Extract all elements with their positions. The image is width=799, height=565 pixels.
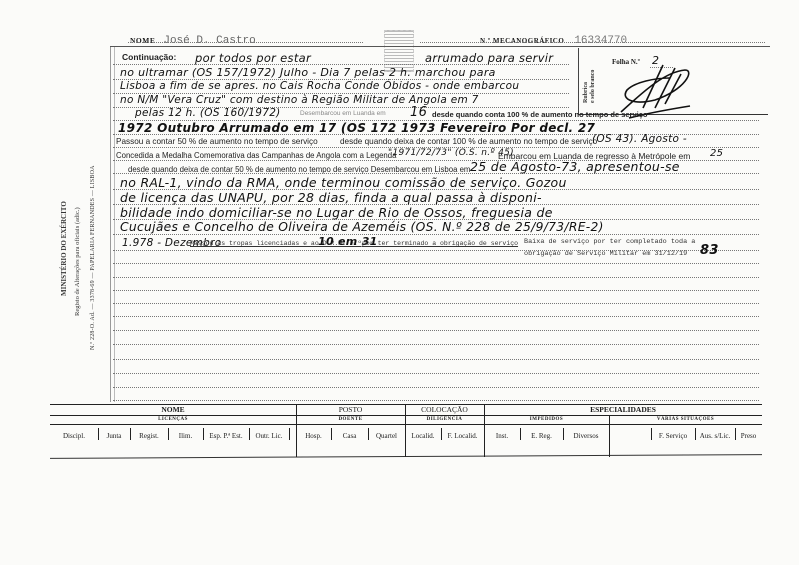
printed-text: Baixa de serviço por ter completado toda… [524,236,724,260]
status-table: NOME LICENÇAS POSTO DOENTE COLOCAÇÃO DIL… [50,404,762,458]
rule-line [113,344,759,345]
group-colocacao: COLOCAÇÃO [405,405,484,414]
printed-text: Passou a contar 50 % de aumento no tempo… [116,137,318,146]
printed-text: desde quando conta 100 % de aumento no t… [432,110,647,119]
printed-text: Desembarcou em Luanda em [300,110,386,117]
register-label: Registo de Alterações para oficiais (adi… [74,207,81,316]
group-diligencia: DILIGÊNCIA [405,417,484,422]
entry-text: por todos por estar [195,51,311,65]
entry-text: no ultramar (OS 157/1972) Julho - Dia 7 … [120,66,496,79]
column-preso: Preso [735,432,762,440]
rubric-label: Rubrica e selo branco [583,70,597,103]
column-inst: Inst. [484,432,520,440]
column-hosp: Hosp. [296,432,331,440]
printed-text: desde quando deixa de contar 50 % de aum… [128,165,470,174]
column-aus-lic: Aus. s/Lic. [695,432,735,440]
frame-top [110,46,770,47]
group-varias-situacoes: VÁRIAS SITUAÇÕES [609,417,762,422]
entry-text: 25 de Agosto-73, apresentou-se [470,159,680,174]
entry-text: bilidade indo domiciliar-se no Lugar de … [120,205,553,220]
printed-text: por ter terminado a obrigação de serviço [362,240,518,247]
rule-line [113,234,759,235]
column-localid: Localid. [405,432,441,440]
entry-text: Cucujães e Concelho de Oliveira de Azemé… [120,220,604,234]
printed-text: desde quando deixa de contar 100 % de au… [340,137,597,146]
entry-text: 16 [410,105,427,120]
name-label: NOME [130,36,155,45]
entry-text: 25 [710,148,723,159]
continuation-label: Continuação: [122,52,176,62]
rule-line [113,387,759,388]
rule-line [113,277,759,278]
entry-text: Lisboa a fim de se apres. no Cais Rocha … [120,80,519,92]
entry-text: no RAL-1, vindo da RMA, onde terminou co… [120,175,567,190]
entry-text: pelas 12 h. (OS 160/1972) [135,107,281,119]
frame-left-inner [114,47,115,402]
column-junta: Junta [98,432,130,440]
rule-line [113,400,759,401]
printed-text: Concedida a Medalha Comemorativa das Cam… [116,151,396,160]
group-impedidos: IMPEDIDOS [484,417,609,422]
group-licencas: LICENÇAS [50,417,296,422]
rubric-divider [578,48,579,114]
column-quartel: Quartel [368,432,405,440]
column-casa: Casa [331,432,368,440]
entry-text: "1971/72/73" (O.S. n.º 45) [388,148,514,158]
column-f-localid: F. Localid. [441,432,484,440]
name-underline [128,42,363,43]
column-regist: Regist. [130,432,168,440]
entry-text: 83 [700,243,719,258]
column-discipl: Discipl. [50,432,98,440]
mechanographic-underline [420,42,765,43]
column-ilim: Ilim. [168,432,203,440]
frame-left [110,47,111,402]
column-f-servico: F. Serviço [651,432,695,440]
rule-line [113,359,759,360]
mechanographic-label: N.º MECANOGRÁFICO [480,37,564,45]
table-bottom-line [50,454,762,459]
rule-line [113,330,759,331]
printer-label: N.º 228-O. Ad. — 3378-69 — PAPELARIA FER… [90,165,96,350]
group-nome: NOME [50,405,296,414]
rule-line [113,303,759,304]
rule-line [113,263,759,264]
entry-text: (OS 43). Agosto - [592,133,687,145]
group-doente: DOENTE [296,417,405,422]
rule-line [113,316,759,317]
entry-text: arrumado para servir [425,51,553,65]
column-outr-lic: Outr. Lic. [249,432,289,440]
group-especialidades: ESPECIALIDADES [484,405,762,414]
column-esp-est: Esp. P.ª Est. [203,432,249,440]
column-diversos: Diversos [563,432,609,440]
group-posto: POSTO [296,405,405,414]
rule-line [113,373,759,374]
ministry-label: MINISTÉRIO DO EXÉRCITO [60,201,68,296]
column-e-reg: E. Reg. [520,432,563,440]
rule-line [113,290,759,291]
entry-text: 1972 Outubro Arrumado em 17 (OS 172 1973… [118,121,595,135]
entry-text: de licença das UNAPU, por 28 dias, finda… [120,190,542,205]
